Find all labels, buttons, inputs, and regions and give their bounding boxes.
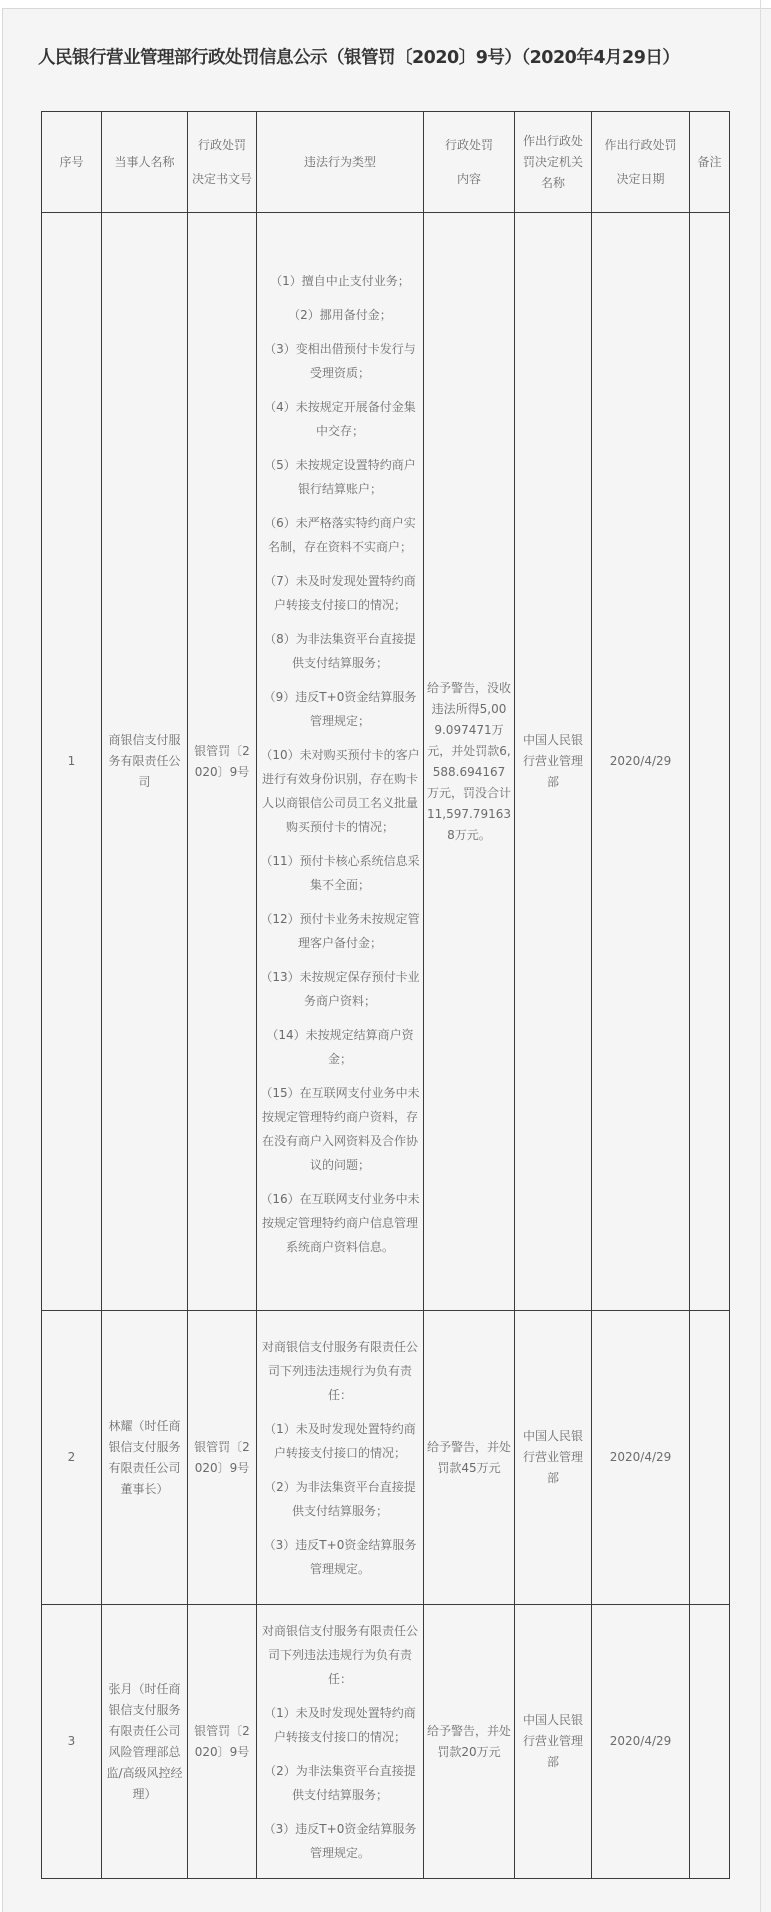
header-party-name: 当事人名称 [102,112,188,213]
cell-authority: 中国人民银行营业管理部 [515,1311,592,1605]
violation-item: （6）未严格落实特约商户实名制，存在资料不实商户； [260,511,420,559]
violation-item: （1）擅自中止支付业务； [260,269,420,293]
violation-item: （2）为非法集资平台直接提供支付结算服务； [260,1759,420,1807]
violation-item: （2）挪用备付金； [260,303,420,327]
header-penalty-content-line2: 内容 [427,162,511,196]
violation-item: （7）未及时发现处置特约商户转接支付接口的情况； [260,569,420,617]
cell-authority: 中国人民银行营业管理部 [515,1605,592,1879]
header-decision-date-line1: 作出行政处罚 [595,128,686,162]
header-authority-label: 作出行政处罚决定机关名称 [523,134,583,190]
table-row: 3 张月（时任商银信支付服务有限责任公司风险管理部总监/高级风控经理） 银管罚〔… [42,1605,730,1879]
violation-intro: 对商银信支付服务有限责任公司下列违法违规行为负有责任： [260,1335,420,1407]
cell-remarks [690,1605,730,1879]
cell-penalty-content: 给予警告，并处罚款20万元 [424,1605,515,1879]
violation-item: （3）违反T+0资金结算服务管理规定。 [260,1533,420,1581]
header-violation-type-label: 违法行为类型 [304,155,376,169]
cell-violations: 对商银信支付服务有限责任公司下列违法违规行为负有责任： （1）未及时发现处置特约… [257,1311,424,1605]
violation-item: （4）未按规定开展备付金集中交存； [260,395,420,443]
cell-seq: 3 [42,1605,102,1879]
cell-remarks [690,1311,730,1605]
header-decision-no: 行政处罚 决定书文号 [188,112,257,213]
cell-seq: 1 [42,213,102,1311]
page-title: 人民银行营业管理部行政处罚信息公示（银管罚〔2020〕9号）（2020年4月29… [38,44,679,69]
cell-penalty-content: 给予警告，并处罚款45万元 [424,1311,515,1605]
violation-item: （3）变相出借预付卡发行与受理资质； [260,337,420,385]
violation-item: （5）未按规定设置特约商户银行结算账户； [260,453,420,501]
violation-item: （2）为非法集资平台直接提供支付结算服务； [260,1475,420,1523]
cell-decision-date: 2020/4/29 [592,1605,690,1879]
cell-violations: （1）擅自中止支付业务； （2）挪用备付金； （3）变相出借预付卡发行与受理资质… [257,213,424,1311]
cell-remarks [690,213,730,1311]
header-remarks: 备注 [690,112,730,213]
header-seq: 序号 [42,112,102,213]
penalty-table: 序号 当事人名称 行政处罚 决定书文号 违法行为类型 行政处罚 内容 作出行政处… [41,111,730,1879]
violation-item: （9）违反T+0资金结算服务管理规定； [260,685,420,733]
header-violation-type: 违法行为类型 [257,112,424,213]
header-decision-date: 作出行政处罚 决定日期 [592,112,690,213]
violation-item: （11）预付卡核心系统信息采集不全面； [260,849,420,897]
cell-penalty-content: 给予警告，没收违法所得5,009.097471万元，并处罚款6,588.6941… [424,213,515,1311]
cell-decision-date: 2020/4/29 [592,213,690,1311]
header-decision-date-line2: 决定日期 [595,162,686,196]
cell-party-name: 商银信支付服务有限责任公司 [102,213,188,1311]
header-party-name-label: 当事人名称 [114,155,174,169]
violation-item: （1）未及时发现处置特约商户转接支付接口的情况； [260,1417,420,1465]
violation-item: （8）为非法集资平台直接提供支付结算服务； [260,627,420,675]
cell-authority: 中国人民银行营业管理部 [515,213,592,1311]
cell-decision-no: 银管罚〔2020〕9号 [188,213,257,1311]
cell-party-name: 林耀（时任商银信支付服务有限责任公司董事长） [102,1311,188,1605]
cell-decision-no: 银管罚〔2020〕9号 [188,1311,257,1605]
violation-item: （1）未及时发现处置特约商户转接支付接口的情况； [260,1701,420,1749]
table-row: 1 商银信支付服务有限责任公司 银管罚〔2020〕9号 （1）擅自中止支付业务；… [42,213,730,1311]
header-remarks-label: 备注 [697,155,721,169]
page-edge-divider [760,0,761,1912]
header-authority: 作出行政处罚决定机关名称 [515,112,592,213]
header-seq-label: 序号 [59,155,83,169]
header-decision-no-line1: 行政处罚 [191,128,253,162]
cell-violations: 对商银信支付服务有限责任公司下列违法违规行为负有责任： （1）未及时发现处置特约… [257,1605,424,1879]
violation-item: （16）在互联网支付业务中未按规定管理特约商户信息管理系统商户资料信息。 [260,1187,420,1259]
violation-item: （13）未按规定保存预付卡业务商户资料； [260,965,420,1013]
violation-item: （10）未对购买预付卡的客户进行有效身份识别，存在购卡人以商银信公司员工名义批量… [260,743,420,839]
violation-item: （15）在互联网支付业务中未按规定管理特约商户资料，存在没有商户入网资料及合作协… [260,1081,420,1177]
cell-decision-no: 银管罚〔2020〕9号 [188,1605,257,1879]
header-penalty-content: 行政处罚 内容 [424,112,515,213]
cell-seq: 2 [42,1311,102,1605]
table-header-row: 序号 当事人名称 行政处罚 决定书文号 违法行为类型 行政处罚 内容 作出行政处… [42,112,730,213]
violation-item: （3）违反T+0资金结算服务管理规定。 [260,1817,420,1865]
cell-decision-date: 2020/4/29 [592,1311,690,1605]
violation-item: （14）未按规定结算商户资金； [260,1023,420,1071]
violation-intro: 对商银信支付服务有限责任公司下列违法违规行为负有责任： [260,1619,420,1691]
table-row: 2 林耀（时任商银信支付服务有限责任公司董事长） 银管罚〔2020〕9号 对商银… [42,1311,730,1605]
cell-party-name: 张月（时任商银信支付服务有限责任公司风险管理部总监/高级风控经理） [102,1605,188,1879]
violation-item: （12）预付卡业务未按规定管理客户备付金； [260,907,420,955]
header-decision-no-line2: 决定书文号 [191,162,253,196]
header-penalty-content-line1: 行政处罚 [427,128,511,162]
